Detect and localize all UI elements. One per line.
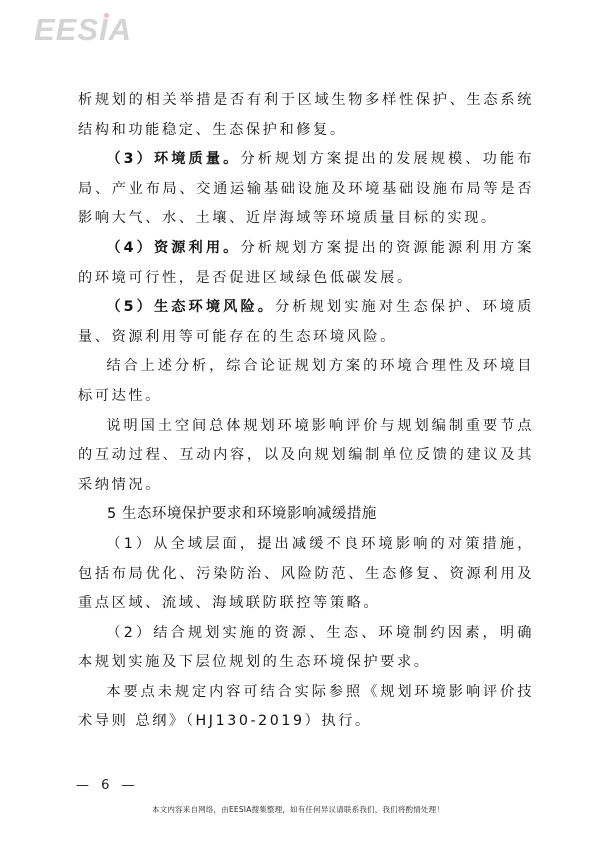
paragraph-continuation: 析规划的相关举措是否有利于区域生物多样性保护、生态系统结构和功能稳定、生态保护和… (78, 86, 534, 145)
paragraph-measure-1: （1）从全域层面，提出减缓不良环境影响的对策措施，包括布局优化、污染防治、风险防… (78, 530, 534, 619)
section-heading-5: 5 生态环境保护要求和环境影响减缓措施 (78, 500, 534, 530)
logo-text-suffix: A (109, 12, 132, 47)
paragraph-environment-quality: （3）环境质量。分析规划方案提出的发展规模、功能布局、产业布局、交通运输基础设施… (78, 145, 534, 234)
item-label-environment-quality: （3）环境质量。 (106, 151, 240, 167)
document-body: 析规划的相关举措是否有利于区域生物多样性保护、生态系统结构和功能稳定、生态保护和… (78, 86, 534, 737)
logo-letter-i: I (99, 12, 109, 48)
item-label-resource-utilization: （4）资源利用。 (106, 240, 240, 256)
item-label-ecological-risk: （5）生态环境风险。 (106, 299, 275, 315)
eesia-logo: EESIA (34, 12, 132, 48)
paragraph-resource-utilization: （4）资源利用。分析规划方案提出的资源能源利用方案的环境可行性，是否促进区域绿色… (78, 234, 534, 293)
paragraph-ecological-risk: （5）生态环境风险。分析规划实施对生态保护、环境质量、资源利用等可能存在的生态环… (78, 293, 534, 352)
paragraph-summary: 结合上述分析，综合论证规划方案的环境合理性及环境目标可达性。 (78, 352, 534, 411)
paragraph-measure-2: （2）结合规划实施的资源、生态、环境制约因素，明确本规划实施及下层位规划的生态环… (78, 619, 534, 678)
page-number: — 6 — (76, 778, 139, 793)
paragraph-reference: 本要点未规定内容可结合实际参照《规划环境影响评价技术导则 总纲》（HJ130-2… (78, 678, 534, 737)
paragraph-interaction: 说明国土空间总体规划环境影响评价与规划编制重要节点的互动过程、互动内容，以及向规… (78, 412, 534, 501)
footer-disclaimer: 本文内容来自网络，由EESIA搜集整理，如有任何异议请联系我们，我们将酌情处理！ (0, 804, 596, 815)
logo-text-prefix: EES (34, 12, 99, 47)
